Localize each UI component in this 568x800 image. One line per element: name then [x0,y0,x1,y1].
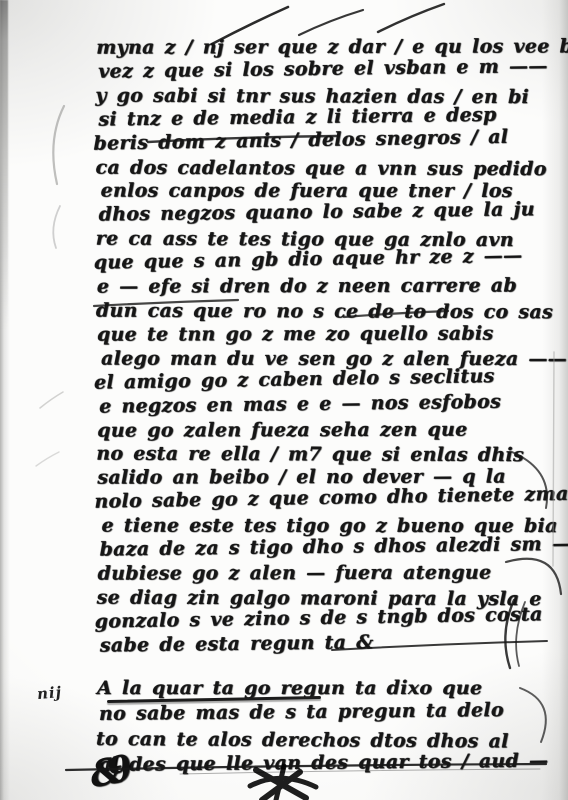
scan-edge-artifact [0,0,8,330]
manuscript-line: no sabe mas de s ta pregun ta delo [99,697,549,727]
manuscript-line: dun cas que ro no s ce de to dos co sas [96,300,568,326]
pen-slash-mark [299,10,363,35]
manuscript-line: que go zalen fueza seha zen que [97,418,568,443]
manuscript-line: no esta re ella / m7 que si enlas dhis [96,443,568,469]
manuscript-line: que te tnn go z me zo quello sabis [97,322,568,347]
margin-numeral: nij [36,683,63,703]
manuscript-main-text-block: myna z / nj ser que z dar / e qu los vee… [96,35,568,658]
manuscript-line: dhos negzos quano lo sabe z que la ju [99,198,568,228]
pen-slash-mark [378,4,444,32]
manuscript-line: dubiese go z alen — fuera atengue [98,561,568,586]
manuscript-scan-page: myna z / nj ser que z dar / e qu los vee… [0,0,568,800]
manuscript-line: ca dos cadelantos que a vnn sus pedido [95,156,568,182]
manuscript-line: baza de za s tigo dho s dhos alezdi sm — [99,533,568,563]
manuscript-line: e — efe si dren do z neen carrere ab [97,274,568,299]
pencil-arc-mark [53,206,60,248]
manuscript-line: al des que lle van des quar tos / aud — [99,748,549,778]
pencil-slash-mark [36,452,59,466]
pencil-arc-mark [53,106,64,184]
pencil-slash-mark [40,392,63,408]
manuscript-answer-text-block: A la quar ta go regun ta dixo queno sabe… [97,676,546,778]
manuscript-line: vez z que si los sobre el vsban e m —— [98,54,568,84]
